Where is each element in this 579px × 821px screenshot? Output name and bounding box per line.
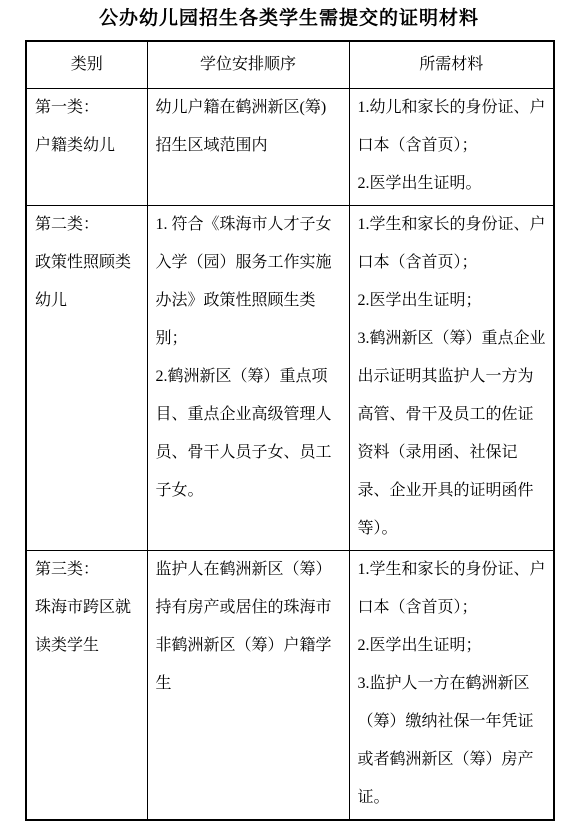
table-row-type3: 第三类： 珠海市跨区就读类学生 监护人在鹤洲新区（筹）持有房产或居住的珠海市非鹤… xyxy=(26,551,554,821)
header-order: 学位安排顺序 xyxy=(147,41,349,89)
header-materials: 所需材料 xyxy=(349,41,554,89)
cell-order: 1. 符合《珠海市人才子女入学（园）服务工作实施办法》政策性照顾生类别； 2.鹤… xyxy=(147,206,349,551)
cell-materials: 1.幼儿和家长的身份证、户口本（含首页）； 2.医学出生证明。 xyxy=(349,89,554,206)
materials-table: 类别 学位安排顺序 所需材料 第一类： 户籍类幼儿 幼儿户籍在鹤洲新区(筹)招生… xyxy=(25,40,555,821)
table-header-row: 类别 学位安排顺序 所需材料 xyxy=(26,41,554,89)
cell-materials: 1.学生和家长的身份证、户口本（含首页）； 2.医学出生证明； 3.监护人一方在… xyxy=(349,551,554,821)
table-row-type2: 第二类： 政策性照顾类幼儿 1. 符合《珠海市人才子女入学（园）服务工作实施办法… xyxy=(26,206,554,551)
cell-category: 第三类： 珠海市跨区就读类学生 xyxy=(26,551,147,821)
cell-materials: 1.学生和家长的身份证、户口本（含首页）； 2.医学出生证明； 3.鹤洲新区（筹… xyxy=(349,206,554,551)
cell-category: 第一类： 户籍类幼儿 xyxy=(26,89,147,206)
cell-category: 第二类： 政策性照顾类幼儿 xyxy=(26,206,147,551)
cell-order: 监护人在鹤洲新区（筹）持有房产或居住的珠海市非鹤洲新区（筹）户籍学生 xyxy=(147,551,349,821)
header-category: 类别 xyxy=(26,41,147,89)
cell-order: 幼儿户籍在鹤洲新区(筹)招生区域范围内 xyxy=(147,89,349,206)
table-row-type1: 第一类： 户籍类幼儿 幼儿户籍在鹤洲新区(筹)招生区域范围内 1.幼儿和家长的身… xyxy=(26,89,554,206)
page-title: 公办幼儿园招生各类学生需提交的证明材料 xyxy=(25,7,553,31)
document-page: 公办幼儿园招生各类学生需提交的证明材料 类别 学位安排顺序 所需材料 第一类： … xyxy=(0,0,579,821)
